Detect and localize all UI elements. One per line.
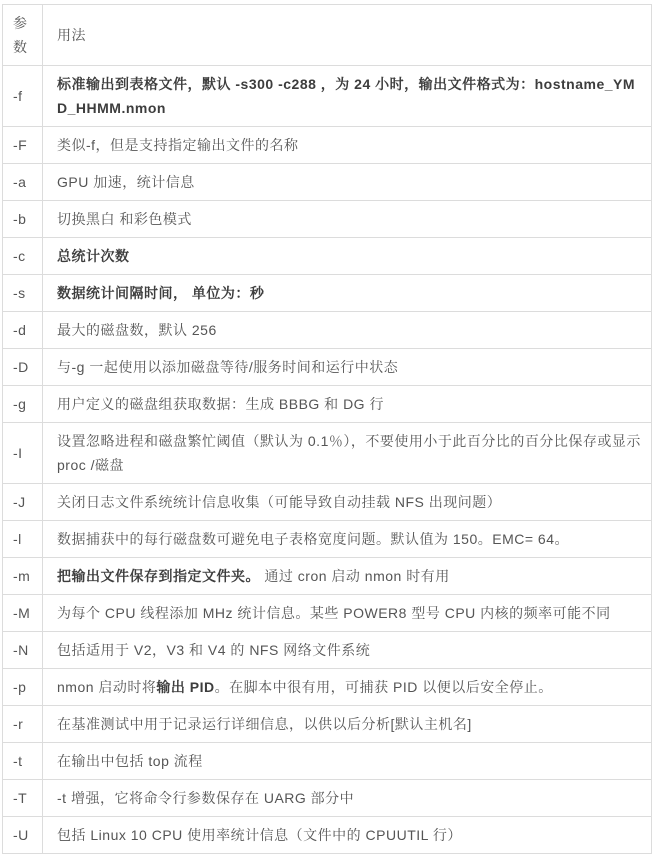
- usage-cell: 关闭日志文件系统统计信息收集（可能导致自动挂载 NFS 出现问题）: [43, 484, 652, 521]
- table-row: -F类似-f，但是支持指定输出文件的名称: [3, 127, 652, 164]
- table-row: -b切换黑白 和彩色模式: [3, 201, 652, 238]
- table-row: -D与-g 一起使用以添加磁盘等待/服务时间和运行中状态: [3, 349, 652, 386]
- usage-cell: 数据统计间隔时间， 单位为：秒: [43, 275, 652, 312]
- param-cell: -b: [3, 201, 43, 238]
- param-cell: -N: [3, 632, 43, 669]
- usage-text-segment: 数据统计间隔时间， 单位为：秒: [57, 285, 264, 301]
- param-cell: -t: [3, 743, 43, 780]
- usage-cell: GPU 加速，统计信息: [43, 164, 652, 201]
- table-row: -f标准输出到表格文件，默认 -s300 -c288 ，为 24 小时，输出文件…: [3, 66, 652, 127]
- usage-text-segment: 总统计次数: [57, 248, 130, 264]
- table-row: -M为每个 CPU 线程添加 MHz 统计信息。某些 POWER8 型号 CPU…: [3, 595, 652, 632]
- usage-text-segment: 。在脚本中很有用，可捕获 PID 以便以后安全停止。: [215, 679, 553, 695]
- page: 参数 用法 -f标准输出到表格文件，默认 -s300 -c288 ，为 24 小…: [0, 0, 660, 857]
- usage-cell: 包括 Linux 10 CPU 使用率统计信息（文件中的 CPUUTIL 行）: [43, 817, 652, 854]
- usage-text-segment: 数据捕获中的每行磁盘数可避免电子表格宽度问题。默认值为 150。EMC= 64。: [57, 531, 569, 547]
- param-cell: -d: [3, 312, 43, 349]
- usage-cell: 包括适用于 V2，V3 和 V4 的 NFS 网络文件系统: [43, 632, 652, 669]
- param-cell: -l: [3, 521, 43, 558]
- usage-text-segment: 输出 PID: [156, 679, 214, 695]
- param-cell: -r: [3, 706, 43, 743]
- usage-text-segment: 把输出文件保存到指定文件夹。: [57, 568, 260, 584]
- param-column-header: 参数: [3, 5, 43, 66]
- table-row: -I设置忽略进程和磁盘繁忙阈值（默认为 0.1％），不要使用小于此百分比的百分比…: [3, 423, 652, 484]
- param-cell: -p: [3, 669, 43, 706]
- table-body: -f标准输出到表格文件，默认 -s300 -c288 ，为 24 小时，输出文件…: [3, 66, 652, 854]
- table-row: -N包括适用于 V2，V3 和 V4 的 NFS 网络文件系统: [3, 632, 652, 669]
- usage-cell: 在输出中包括 top 流程: [43, 743, 652, 780]
- table-row: -g用户定义的磁盘组获取数据：生成 BBBG 和 DG 行: [3, 386, 652, 423]
- table-row: -m把输出文件保存到指定文件夹。 通过 cron 启动 nmon 时有用: [3, 558, 652, 595]
- usage-text-segment: -t 增强，它将命令行参数保存在 UARG 部分中: [57, 790, 354, 806]
- param-cell: -m: [3, 558, 43, 595]
- usage-text-segment: 通过 cron 启动 nmon 时有用: [260, 568, 450, 584]
- param-cell: -T: [3, 780, 43, 817]
- table-row: -aGPU 加速，统计信息: [3, 164, 652, 201]
- usage-cell: 用户定义的磁盘组获取数据：生成 BBBG 和 DG 行: [43, 386, 652, 423]
- param-cell: -s: [3, 275, 43, 312]
- usage-text-segment: 类似-f，但是支持指定输出文件的名称: [57, 137, 299, 153]
- usage-text-segment: GPU 加速，统计信息: [57, 174, 195, 190]
- usage-cell: 类似-f，但是支持指定输出文件的名称: [43, 127, 652, 164]
- table-row: -l数据捕获中的每行磁盘数可避免电子表格宽度问题。默认值为 150。EMC= 6…: [3, 521, 652, 558]
- param-cell: -U: [3, 817, 43, 854]
- usage-text-segment: 在基准测试中用于记录运行详细信息，以供以后分析[默认主机名]: [57, 716, 472, 732]
- header-row: 参数 用法: [3, 5, 652, 66]
- usage-text-segment: 与-g 一起使用以添加磁盘等待/服务时间和运行中状态: [57, 359, 398, 375]
- usage-cell: 与-g 一起使用以添加磁盘等待/服务时间和运行中状态: [43, 349, 652, 386]
- param-cell: -F: [3, 127, 43, 164]
- usage-cell: 在基准测试中用于记录运行详细信息，以供以后分析[默认主机名]: [43, 706, 652, 743]
- param-cell: -g: [3, 386, 43, 423]
- table-row: -c总统计次数: [3, 238, 652, 275]
- usage-cell: 数据捕获中的每行磁盘数可避免电子表格宽度问题。默认值为 150。EMC= 64。: [43, 521, 652, 558]
- param-cell: -M: [3, 595, 43, 632]
- usage-cell: 切换黑白 和彩色模式: [43, 201, 652, 238]
- param-cell: -D: [3, 349, 43, 386]
- usage-text-segment: 切换黑白 和彩色模式: [57, 211, 192, 227]
- usage-text-segment: 关闭日志文件系统统计信息收集（可能导致自动挂载 NFS 出现问题）: [57, 494, 501, 510]
- table-row: -r在基准测试中用于记录运行详细信息，以供以后分析[默认主机名]: [3, 706, 652, 743]
- usage-text-segment: 在输出中包括 top 流程: [57, 753, 203, 769]
- usage-cell: 总统计次数: [43, 238, 652, 275]
- usage-cell: 为每个 CPU 线程添加 MHz 统计信息。某些 POWER8 型号 CPU 内…: [43, 595, 652, 632]
- param-cell: -J: [3, 484, 43, 521]
- usage-cell: 设置忽略进程和磁盘繁忙阈值（默认为 0.1％），不要使用小于此百分比的百分比保存…: [43, 423, 652, 484]
- table-row: -U包括 Linux 10 CPU 使用率统计信息（文件中的 CPUUTIL 行…: [3, 817, 652, 854]
- usage-cell: nmon 启动时将输出 PID。在脚本中很有用，可捕获 PID 以便以后安全停止…: [43, 669, 652, 706]
- table-head: 参数 用法: [3, 5, 652, 66]
- table-row: -t在输出中包括 top 流程: [3, 743, 652, 780]
- usage-cell: 标准输出到表格文件，默认 -s300 -c288 ，为 24 小时，输出文件格式…: [43, 66, 652, 127]
- usage-cell: 最大的磁盘数，默认 256: [43, 312, 652, 349]
- usage-text-segment: 设置忽略进程和磁盘繁忙阈值（默认为 0.1％），不要使用小于此百分比的百分比保存…: [57, 433, 641, 473]
- usage-text-segment: 包括适用于 V2，V3 和 V4 的 NFS 网络文件系统: [57, 642, 370, 658]
- usage-column-header: 用法: [43, 5, 652, 66]
- param-cell: -I: [3, 423, 43, 484]
- table-row: -J关闭日志文件系统统计信息收集（可能导致自动挂载 NFS 出现问题）: [3, 484, 652, 521]
- usage-cell: -t 增强，它将命令行参数保存在 UARG 部分中: [43, 780, 652, 817]
- usage-text-segment: 用户定义的磁盘组获取数据：生成 BBBG 和 DG 行: [57, 396, 384, 412]
- usage-cell: 把输出文件保存到指定文件夹。 通过 cron 启动 nmon 时有用: [43, 558, 652, 595]
- table-row: -T-t 增强，它将命令行参数保存在 UARG 部分中: [3, 780, 652, 817]
- param-cell: -c: [3, 238, 43, 275]
- usage-text-segment: 为每个 CPU 线程添加 MHz 统计信息。某些 POWER8 型号 CPU 内…: [57, 605, 611, 621]
- nmon-parameters-table: 参数 用法 -f标准输出到表格文件，默认 -s300 -c288 ，为 24 小…: [2, 4, 652, 854]
- table-row: -d最大的磁盘数，默认 256: [3, 312, 652, 349]
- param-cell: -f: [3, 66, 43, 127]
- usage-text-segment: nmon 启动时将: [57, 679, 156, 695]
- table-row: -s数据统计间隔时间， 单位为：秒: [3, 275, 652, 312]
- usage-text-segment: 最大的磁盘数，默认 256: [57, 322, 217, 338]
- param-cell: -a: [3, 164, 43, 201]
- usage-text-segment: 标准输出到表格文件，默认 -s300 -c288 ，为 24 小时，输出文件格式…: [57, 76, 635, 116]
- table-row: -pnmon 启动时将输出 PID。在脚本中很有用，可捕获 PID 以便以后安全…: [3, 669, 652, 706]
- usage-text-segment: 包括 Linux 10 CPU 使用率统计信息（文件中的 CPUUTIL 行）: [57, 827, 462, 843]
